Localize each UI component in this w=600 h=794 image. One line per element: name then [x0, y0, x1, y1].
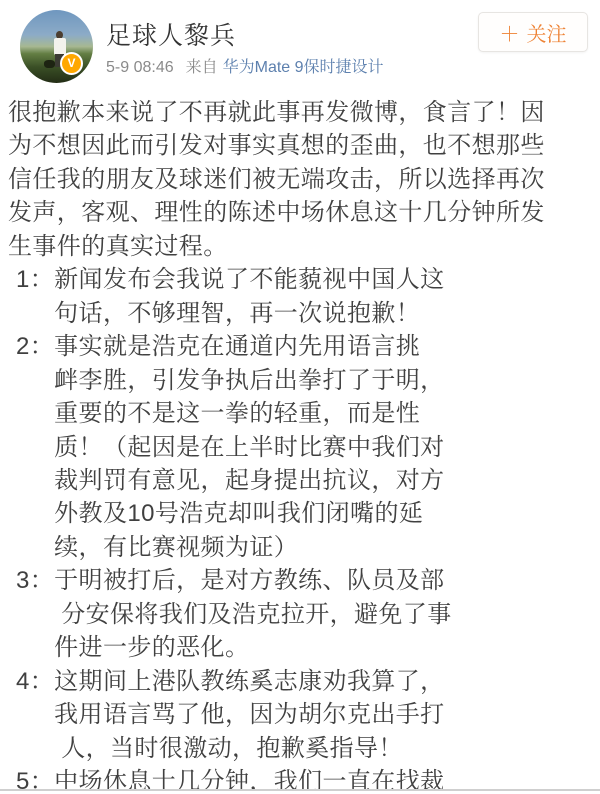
verified-badge-icon: V: [60, 52, 83, 75]
plus-icon: ＋: [500, 18, 520, 47]
username[interactable]: 足球人黎兵: [106, 16, 236, 52]
item-text: 新闻发布会我说了不能藐视中国人这 句话，不够理智，再一次说抱歉！: [54, 263, 592, 330]
source-prefix: 来自: [186, 59, 218, 76]
post-meta-row: 5-9 08:46来自华为Mate 9保时捷设计: [106, 54, 384, 77]
source-link[interactable]: 华为Mate 9保时捷设计: [223, 59, 384, 76]
avatar-dog-shape: [44, 60, 55, 68]
avatar-person-shirt: [54, 38, 66, 55]
post-intro: 很抱歉本来说了不再就此事再发微博，食言了！因 为不想因此而引发对事实真想的歪曲，…: [8, 96, 592, 263]
item-number: 3：: [8, 564, 54, 664]
bottom-divider: [0, 789, 600, 794]
item-number: 1：: [8, 263, 54, 330]
item-number: 2：: [8, 330, 54, 564]
item-number: 4：: [8, 665, 54, 765]
list-item: 4： 这期间上港队教练奚志康劝我算了， 我用语言骂了他，因为胡尔克出手打 人，当…: [8, 665, 592, 765]
timestamp: 5-9 08:46: [106, 59, 174, 76]
list-item: 2： 事实就是浩克在通道内先用语言挑 衅李胜，引发争执后出拳打了于明， 重要的不…: [8, 330, 592, 564]
weibo-post-page: V 足球人黎兵 5-9 08:46来自华为Mate 9保时捷设计 ＋关注 很抱歉…: [0, 0, 600, 794]
list-item: 1： 新闻发布会我说了不能藐视中国人这 句话，不够理智，再一次说抱歉！: [8, 263, 592, 330]
avatar[interactable]: [20, 10, 93, 83]
item-text: 这期间上港队教练奚志康劝我算了， 我用语言骂了他，因为胡尔克出手打 人，当时很激…: [54, 665, 592, 765]
list-item: 3： 于明被打后，是对方教练、队员及部 分安保将我们及浩克拉开，避免了事 件进一…: [8, 564, 592, 664]
post-body: 很抱歉本来说了不再就此事再发微博，食言了！因 为不想因此而引发对事实真想的歪曲，…: [0, 96, 600, 794]
item-text: 事实就是浩克在通道内先用语言挑 衅李胜，引发争执后出拳打了于明， 重要的不是这一…: [54, 330, 592, 564]
item-text: 于明被打后，是对方教练、队员及部 分安保将我们及浩克拉开，避免了事 件进一步的恶…: [54, 564, 592, 664]
avatar-wrap: V: [20, 10, 93, 83]
follow-button[interactable]: ＋关注: [478, 12, 588, 52]
follow-button-label: 关注: [527, 18, 567, 47]
